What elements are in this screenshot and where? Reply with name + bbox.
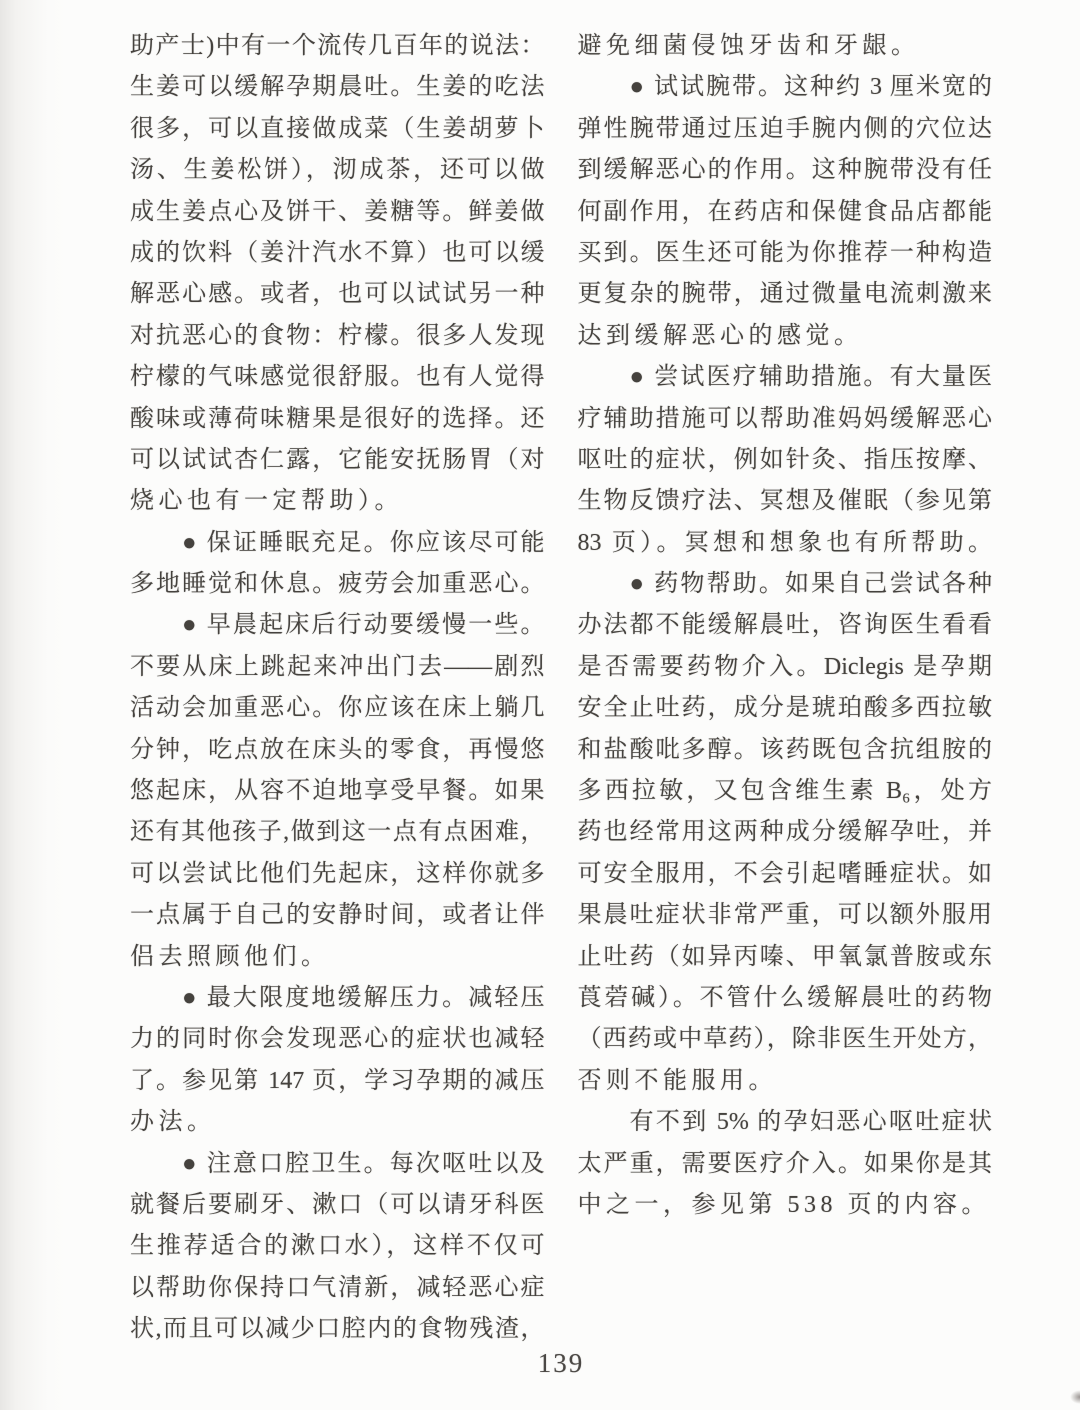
text-line: 助产士)中有一个流传几百年的说法： [130,26,545,67]
text-line: 莨菪碱）。不管什么缓解晨吐的药物 [578,978,993,1019]
text-line: 成的饮料（姜汁汽水不算）也可以缓 [130,233,545,274]
text-line: 生姜可以缓解孕期晨吐。生姜的吃法 [130,67,545,108]
text-line: 酸味或薄荷味糖果是很好的选择。还 [130,399,545,440]
text-line: 药也经常用这两种成分缓解孕吐，并 [578,812,993,853]
text-line: 办法都不能缓解晨吐，咨询医生看看 [578,605,993,646]
text-line: 很多，可以直接做成菜（生姜胡萝卜 [130,109,545,150]
text-line: 果晨吐症状非常严重，可以额外服用 [578,895,993,936]
text-line: 不要从床上跳起来冲出门去——剧烈 [130,647,545,688]
text-line: 力的同时你会发现恶心的症状也减轻 [130,1019,545,1060]
text-line: 买到。医生还可能为你推荐一种构造 [578,233,993,274]
text-line: 可以试试杏仁露，它能安抚肠胃（对 [130,440,545,481]
text-line: ● 早晨起床后行动要缓慢一些。 [130,605,545,646]
text-line: 避免细菌侵蚀牙齿和牙龈。 [578,26,993,67]
text-line: 可以尝试比他们先起床，这样你就多 [130,854,545,895]
text-line: 了。参见第 147 页，学习孕期的减压 [130,1061,545,1102]
page-number: 139 [130,1348,992,1379]
text-line: 可安全服用，不会引起嗜睡症状。如 [578,854,993,895]
text-line: 侣去照顾他们。 [130,937,545,978]
text-line: 83 页）。冥想和想象也有所帮助。 [578,523,993,564]
text-line: 活动会加重恶心。你应该在床上躺几 [130,688,545,729]
text-line: 弹性腕带通过压迫手腕内侧的穴位达 [578,109,993,150]
text-line: 更复杂的腕带，通过微量电流刺激来 [578,274,993,315]
text-line: 悠起床，从容不迫地享受早餐。如果 [130,771,545,812]
text-line: 柠檬的气味感觉很舒服。也有人觉得 [130,357,545,398]
left-column: 助产士)中有一个流传几百年的说法：生姜可以缓解孕期晨吐。生姜的吃法很多，可以直接… [130,26,545,1351]
text-line: 状,而且可以减少口腔内的食物残渣， [130,1309,545,1350]
text-line: 呕吐的症状，例如针灸、指压按摩、 [578,440,993,481]
text-line: 生推荐适合的漱口水），这样不仅可 [130,1226,545,1267]
text-line: 否则不能服用。 [578,1061,993,1102]
text-line: 多地睡觉和休息。疲劳会加重恶心。 [130,564,545,605]
text-line: ● 最大限度地缓解压力。减轻压 [130,978,545,1019]
right-column: 避免细菌侵蚀牙齿和牙龈。● 试试腕带。这种约 3 厘米宽的弹性腕带通过压迫手腕内… [578,26,993,1351]
text-line: 汤、生姜松饼），沏成茶，还可以做 [130,150,545,191]
text-line: 对抗恶心的食物：柠檬。很多人发现 [130,316,545,357]
text-line: 分钟，吃点放在床头的零食，再慢悠 [130,730,545,771]
text-line: 办法。 [130,1102,545,1143]
text-line: 就餐后要刷牙、漱口（可以请牙科医 [130,1185,545,1226]
text-line: 太严重，需要医疗介入。如果你是其 [578,1144,993,1185]
text-line: 何副作用，在药店和保健食品店都能 [578,192,993,233]
text-line: 和盐酸吡多醇。该药既包含抗组胺的 [578,730,993,771]
text-line: 还有其他孩子,做到这一点有点困难， [130,812,545,853]
page-columns: 助产士)中有一个流传几百年的说法：生姜可以缓解孕期晨吐。生姜的吃法很多，可以直接… [130,26,992,1351]
text-line: 安全止吐药，成分是琥珀酸多西拉敏 [578,688,993,729]
text-line: 止吐药（如异丙嗪、甲氧氯普胺或东 [578,937,993,978]
text-line: ● 试试腕带。这种约 3 厘米宽的 [578,67,993,108]
text-line: ● 保证睡眠充足。你应该尽可能 [130,523,545,564]
text-line: ● 药物帮助。如果自己尝试各种 [578,564,993,605]
text-line: 成生姜点心及饼干、姜糖等。鲜姜做 [130,192,545,233]
text-line: 疗辅助措施可以帮助准妈妈缓解恶心 [578,399,993,440]
text-line: 有不到 5% 的孕妇恶心呕吐症状 [578,1102,993,1143]
text-line: （西药或中草药），除非医生开处方， [578,1019,993,1060]
text-line: 是否需要药物介入。Diclegis 是孕期 [578,647,993,688]
text-line: 解恶心感。或者，也可以试试另一种 [130,274,545,315]
text-line: ● 注意口腔卫生。每次呕吐以及 [130,1144,545,1185]
text-line: 烧心也有一定帮助）。 [130,481,545,522]
text-line: ● 尝试医疗辅助措施。有大量医 [578,357,993,398]
text-line: 中之一，参见第 538 页的内容。 [578,1185,993,1226]
text-line: 达到缓解恶心的感觉。 [578,316,993,357]
text-line: 以帮助你保持口气清新，减轻恶心症 [130,1268,545,1309]
text-line: 一点属于自己的安静时间，或者让伴 [130,895,545,936]
text-line: 多西拉敏，又包含维生素 B₆，处方 [578,771,993,812]
text-line: 生物反馈疗法、冥想及催眠（参见第 [578,481,993,522]
text-line: 到缓解恶心的作用。这种腕带没有任 [578,150,993,191]
page: 助产士)中有一个流传几百年的说法：生姜可以缓解孕期晨吐。生姜的吃法很多，可以直接… [0,0,1080,1410]
